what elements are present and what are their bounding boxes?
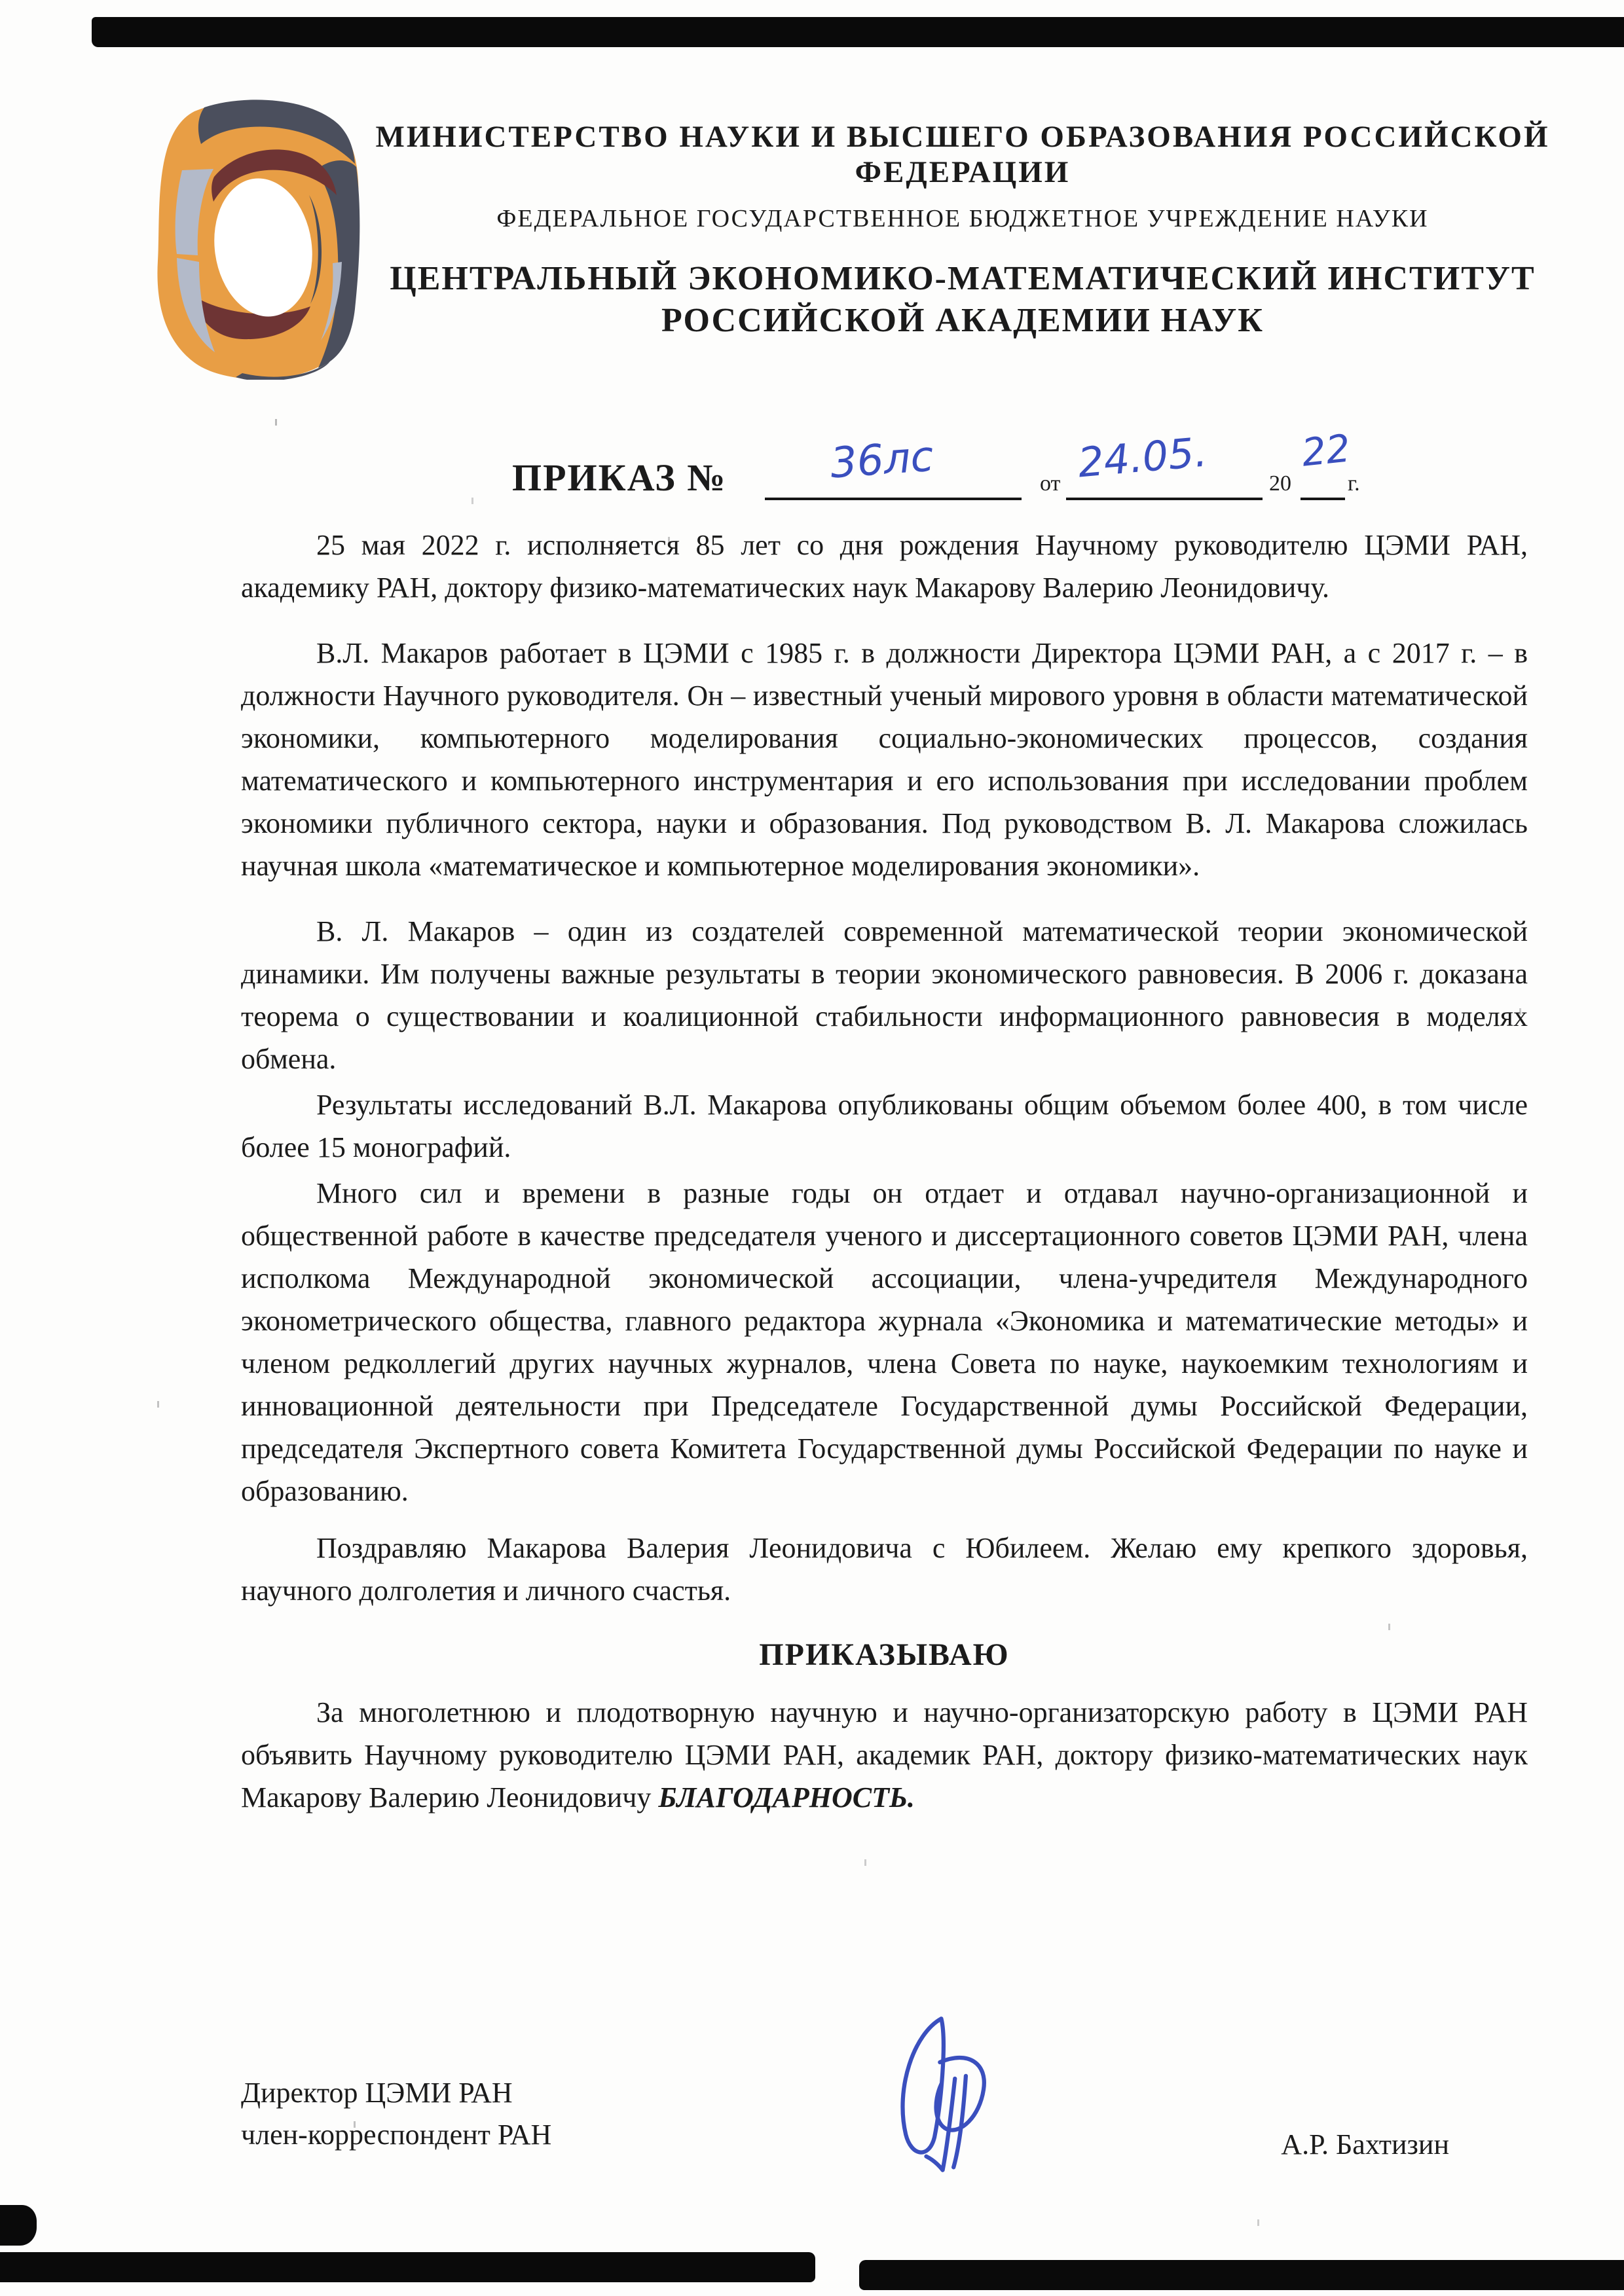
paragraph-publications: Результаты исследований В.Л. Макарова оп… [241,1084,1528,1169]
signatory-position-line2: член-корреспондент РАН [241,2114,551,2156]
scanned-order-document: МИНИСТЕРСТВО НАУКИ И ВЫСШЕГО ОБРАЗОВАНИЯ… [0,0,1624,2296]
signatory-position: Директор ЦЭМИ РАН член-корреспондент РАН [241,2072,551,2156]
scan-noise-specks [275,419,277,426]
scan-corner-artifact [0,2205,37,2246]
signatory-position-line1: Директор ЦЭМИ РАН [241,2072,551,2114]
handwritten-signature-icon [866,2013,1003,2177]
resolution-heading: ПРИКАЗЫВАЮ [241,1637,1528,1673]
resolution-emphasis: БЛАГОДАРНОСТЬ. [658,1781,915,1813]
paragraph-resolution: За многолетнюю и плодотворную научную и … [241,1691,1528,1819]
paragraph-congratulation: Поздравляю Макарова Валерия Леонидовича … [241,1527,1528,1612]
scan-edge-artifact-top [92,17,1624,47]
institution-type-line: ФЕДЕРАЛЬНОЕ ГОСУДАРСТВЕННОЕ БЮДЖЕТНОЕ УЧ… [334,204,1591,233]
order-from-label: от [1040,471,1060,496]
order-number-handwritten: 36лс [829,433,935,488]
paragraph-career: В.Л. Макаров работает в ЦЭМИ с 1985 г. в… [241,632,1528,887]
scan-edge-artifact-bottom-left [0,2252,815,2282]
paragraph-anniversary: 25 мая 2022 г. исполняется 85 лет со дня… [241,524,1528,609]
institute-name-line1: ЦЕНТРАЛЬНЫЙ ЭКОНОМИКО-МАТЕМАТИЧЕСКИЙ ИНС… [334,259,1591,298]
order-body: 25 мая 2022 г. исполняется 85 лет со дня… [241,524,1528,1819]
scan-edge-artifact-bottom-right [859,2260,1624,2290]
institute-name-line2: РОССИЙСКОЙ АКАДЕМИИ НАУК [334,301,1591,340]
order-year-prefix: 20 [1269,471,1291,496]
paragraph-public-work: Много сил и времени в разные годы он отд… [241,1172,1528,1512]
signatory-name: А.Р. Бахтизин [1281,2128,1449,2161]
paragraph-theory: В. Л. Макаров – один из создателей совре… [241,910,1528,1080]
order-title: ПРИКАЗ № [512,456,727,500]
order-year-suffix: г. [1348,471,1360,496]
order-number-row: ПРИКАЗ № 36лс от 24.05. 20 22 г. [0,450,1624,522]
ministry-line: МИНИСТЕРСТВО НАУКИ И ВЫСШЕГО ОБРАЗОВАНИЯ… [334,119,1591,190]
order-year-handwritten: 22 [1300,426,1353,475]
